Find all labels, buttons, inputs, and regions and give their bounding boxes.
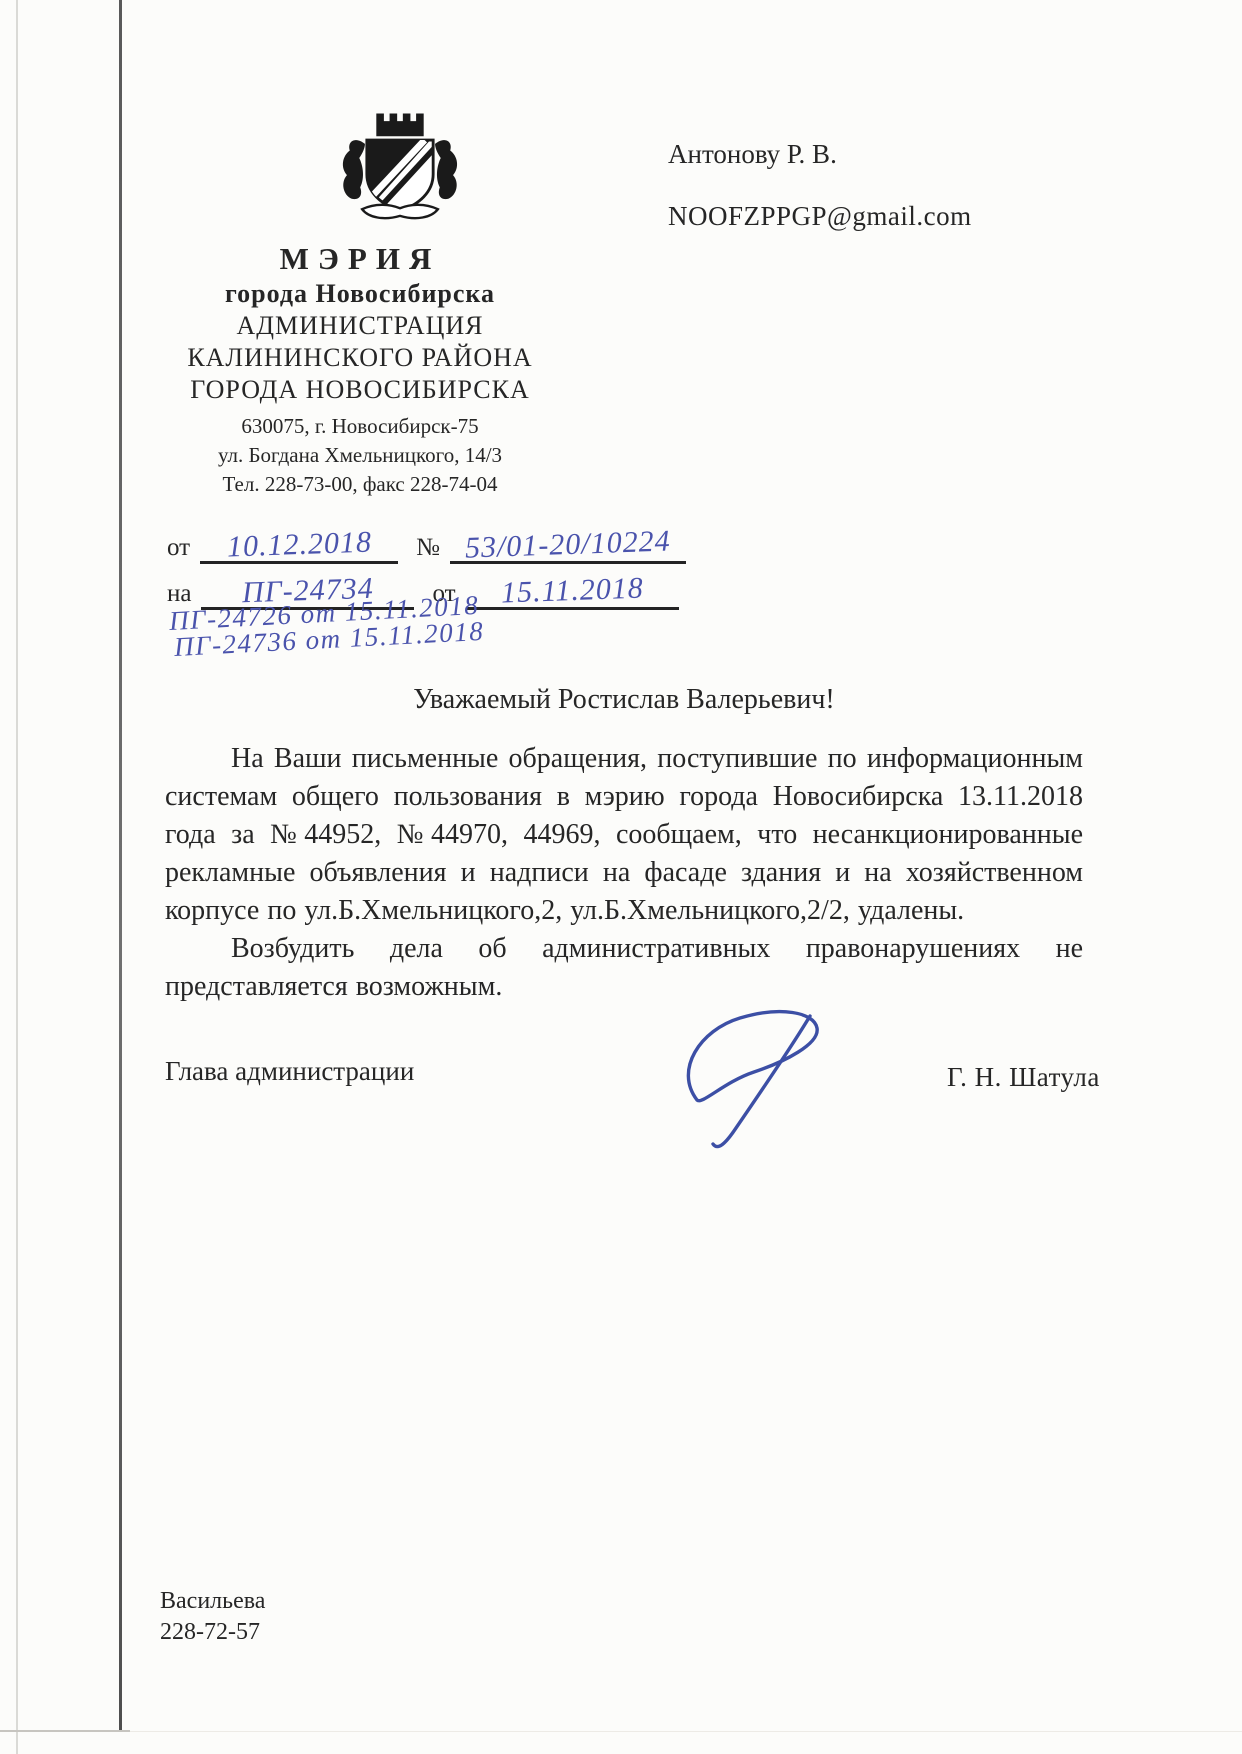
signer-title: Глава администрации <box>165 1056 414 1087</box>
letterhead-phone-fax: Тел. 228-73-00, факс 228-74-04 <box>150 470 570 499</box>
ref-number-label: № <box>398 534 450 564</box>
scan-edge-line-faint <box>16 0 18 1754</box>
executor-block: Васильева 228-72-57 <box>160 1586 265 1648</box>
ref-number-handwritten: 53/01-20/10224 <box>465 524 672 565</box>
signer-name: Г. Н. Шатула <box>947 1062 1100 1093</box>
org-name-city: города Новосибирска <box>150 278 570 310</box>
reference-row-outgoing: от 10.12.2018 № 53/01-20/10224 <box>167 520 686 564</box>
recipient-block: Антонову Р. В. NOOFZPPGP@gmail.com <box>668 138 972 232</box>
ref-date-handwritten: 10.12.2018 <box>226 525 372 564</box>
scan-bottom-line-light <box>130 1731 1242 1732</box>
ref-number-blank: 53/01-20/10224 <box>450 528 686 564</box>
ref-from-label: от <box>167 534 200 564</box>
executor-phone: 228-72-57 <box>160 1617 265 1648</box>
org-name-district: КАЛИНИНСКОГО РАЙОНА <box>150 342 570 374</box>
ref-reply-date-blank: 15.11.2018 <box>466 574 679 610</box>
scan-edge-line <box>119 0 122 1732</box>
handwritten-signature-icon <box>672 1008 842 1158</box>
body-paragraph-2: Возбудить дела об административных право… <box>165 930 1083 1006</box>
novosibirsk-coat-of-arms-icon <box>310 112 490 224</box>
ref-date-blank: 10.12.2018 <box>200 528 398 564</box>
scan-bottom-line <box>0 1730 130 1732</box>
salutation: Уважаемый Ростислав Валерьевич! <box>165 684 1083 716</box>
recipient-name: Антонову Р. В. <box>668 138 972 170</box>
letterhead: МЭРИЯ города Новосибирска АДМИНИСТРАЦИЯ … <box>150 112 570 499</box>
ref-reply-date-handwritten: 15.11.2018 <box>500 572 644 611</box>
executor-name: Васильева <box>160 1586 265 1617</box>
recipient-email: NOOFZPPGP@gmail.com <box>668 200 972 232</box>
letterhead-street: ул. Богдана Хмельницкого, 14/3 <box>150 441 570 470</box>
org-name-city-caps: ГОРОДА НОВОСИБИРСКА <box>150 374 570 406</box>
org-name-administration: АДМИНИСТРАЦИЯ <box>150 310 570 342</box>
scanned-letter-page: МЭРИЯ города Новосибирска АДМИНИСТРАЦИЯ … <box>0 0 1242 1754</box>
org-name-mayor: МЭРИЯ <box>150 240 570 278</box>
letterhead-postal-code: 630075, г. Новосибирск-75 <box>150 412 570 441</box>
letter-body: На Ваши письменные обращения, поступивши… <box>165 740 1083 1006</box>
body-paragraph-1: На Ваши письменные обращения, поступивши… <box>165 740 1083 930</box>
